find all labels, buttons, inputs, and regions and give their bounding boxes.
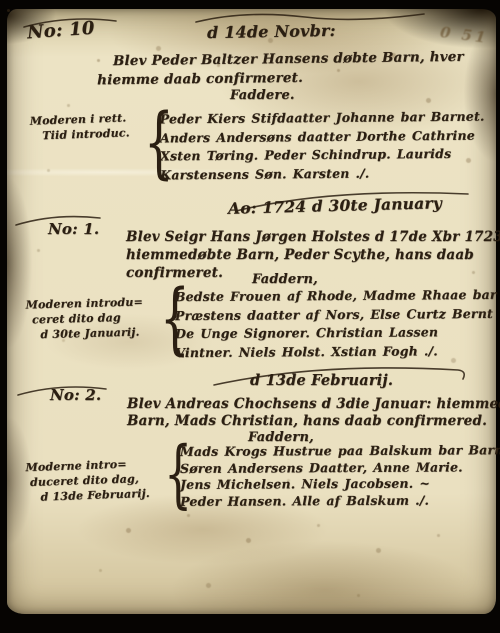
entry-2-number: No: 2.: [50, 386, 101, 404]
entry-10-number: No: 10: [26, 18, 95, 44]
entry-10-witnesses-label: Faddere.: [230, 88, 295, 103]
entry-10-witness-list: Peder Kiers Stifdaatter Johanne bar Barn…: [160, 108, 485, 185]
entry-2-margin-note: Moderne intro= duceret dito dag, d 13de …: [25, 456, 150, 505]
margin-note-line: Moderen introdu=: [25, 294, 143, 312]
page-content: 0 51 No: 10 d 14de Novbr: Blev Peder Bal…: [0, 0, 500, 633]
witness-line: Præstens daatter af Nors, Else Curtz Ber…: [175, 304, 497, 325]
entry-10-body: Blev Peder Baltzer Hansens døbte Barn, h…: [113, 48, 464, 90]
entry-1-date-header: Ao: 1724 d 30te January: [228, 193, 442, 218]
witness-line: Mads Krogs Hustrue paa Balskum bar Barne…: [180, 442, 500, 460]
margin-note-line: d 13de Februarij.: [40, 486, 150, 505]
margin-note-line: Tiid introduc.: [42, 125, 130, 143]
witness-line: Karstensens Søn. Karsten ./.: [160, 163, 485, 184]
entry-10-margin-note: Moderen i rett. Tiid introduc.: [30, 110, 130, 143]
archive-mark: 0 51: [439, 23, 489, 47]
witness-line: Jens Michelsen. Niels Jacobsen. ~: [180, 475, 500, 493]
witness-line: Bedste Frouen af Rhode, Madme Rhaae bar: [175, 286, 497, 307]
scanned-register-page: 0 51 No: 10 d 14de Novbr: Blev Peder Bal…: [0, 0, 500, 633]
entry-1-witnesses-label: Faddern,: [252, 272, 318, 287]
entry-1-body-line: hiemmedøbte Barn, Peder Scythe, hans daa…: [126, 246, 500, 264]
witness-line: Peder Kiers Stifdaatter Johanne bar Barn…: [160, 108, 485, 129]
entry-1-witness-list: Bedste Frouen af Rhode, Madme Rhaae bar …: [175, 286, 497, 362]
entry-2-witness-list: Mads Krogs Hustrue paa Balskum bar Barne…: [180, 442, 500, 510]
entry-1-margin-note: Moderen introdu= ceret dito dag d 30te J…: [25, 294, 143, 342]
entry-10-body-line: hiemme daab confirmeret.: [97, 67, 464, 90]
witness-line: Vintner. Niels Holst. Xstian Fogh ./.: [175, 341, 497, 362]
witness-line: Xsten Tøring. Peder Schindrup. Laurids: [160, 145, 485, 166]
entry-1-body-line: Blev Seigr Hans Jørgen Holstes d 17de Xb…: [126, 228, 500, 246]
entry-10-date-header: d 14de Novbr:: [207, 21, 336, 42]
witness-line: De Unge Signorer. Christian Lassen: [175, 323, 497, 344]
entry-2-body-line: Blev Andreas Chochsens d 3die Januar: hi…: [127, 396, 500, 413]
margin-note-line: d 30te Januarij.: [40, 324, 144, 342]
entry-2-date-header: d 13de Februarij.: [250, 372, 393, 389]
witness-line: Peder Hansen. Alle af Balskum ./.: [180, 492, 500, 510]
entry-1-number: No: 1.: [48, 220, 99, 238]
entry-2-body: Blev Andreas Chochsens d 3die Januar: hi…: [127, 396, 500, 430]
witness-line: Søren Andersens Daatter, Anne Marie.: [180, 459, 500, 477]
entry-2-body-line: Barn, Mads Christian, hans daab confirme…: [127, 413, 500, 430]
